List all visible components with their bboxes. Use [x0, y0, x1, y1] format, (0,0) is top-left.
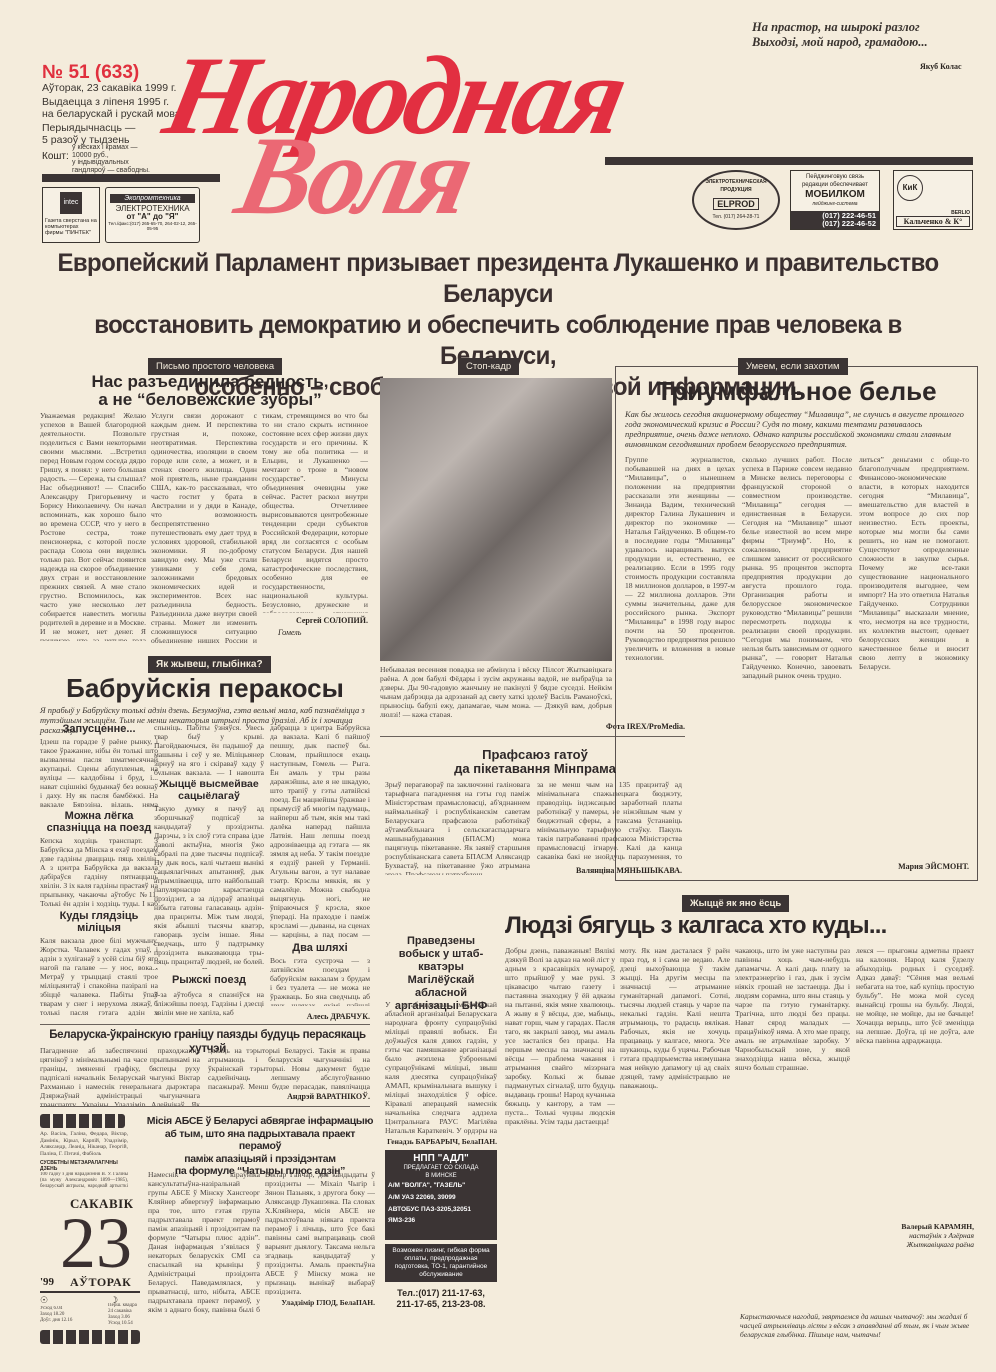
electro-brand: Экопромтехника: [110, 194, 195, 203]
elprod-ring-text: ЭЛЕКТРОТЕХНИЧЕСКАЯ ПРОДУКЦИЯ: [694, 178, 778, 194]
divider: [40, 1291, 140, 1293]
kolkhoz-column-1: Добры дзень, паважаныя! Вялікі дзякуй Во…: [505, 946, 615, 1306]
ad-adl[interactable]: НПП "АДЛ" ПРЕДЛАГАЕТ СО СКЛАДА В МИНСКЕ …: [385, 1150, 497, 1240]
adl-terms: Возможен лизинг, гибкая форма оплаты, пр…: [385, 1244, 497, 1282]
babruisk-text-3: Каля вакзала двое білі мужчыну. Жорстка.…: [40, 936, 158, 1016]
babruisk-subhead-2: Можна лёгка спазніцца на поезд: [40, 810, 158, 834]
osce-author: Уладзімір ГЛОД, БелаПАН.: [265, 1298, 375, 1307]
ad-elprod[interactable]: ЭЛЕКТРОТЕХНИЧЕСКАЯ ПРОДУКЦИЯ ELPROD Тел.…: [692, 170, 780, 230]
names-day-note: 100 гадоў з дня нараджэння В. У. Галіны …: [40, 1172, 128, 1190]
epigraph-author: Якуб Колас: [920, 62, 962, 71]
minprom-headline[interactable]: Прафсаюз гатоў да пікетавання Мінпрама: [385, 748, 685, 776]
rubric-lingerie: Умеем, если захотим: [738, 358, 848, 375]
osce-column-1: Намеснік кіраўніка кансультатыўна-назіра…: [148, 1170, 260, 1315]
kolkhoz-editor-note: Карыстаючыся нагодай, звяртаемся да нашы…: [740, 1312, 976, 1339]
letter-city: Гомель: [278, 628, 301, 637]
calendar-weekday: АЎТОРАК: [70, 1275, 131, 1290]
epigraph: На прастор, на шырокі разлог Выходзі, мо…: [752, 20, 928, 50]
border-author: Андрэй ВАРАТНІКОЎ.: [208, 1092, 370, 1101]
divider: [40, 1106, 370, 1107]
babruisk-subhead-4: Жыццё высмейвае сацыёлагаў: [154, 778, 264, 802]
lingerie-headline[interactable]: Триумфальное белье: [615, 376, 978, 406]
babruisk-text-5: З-за аўтобуса я спазніўся на бліжэйшы по…: [154, 990, 264, 1018]
babruisk-text-4: Такую думку я пачуў ад зборшчыкаў подпіс…: [154, 804, 264, 969]
electro-subtitle: от "А" до "Я": [106, 213, 199, 221]
babruisk-col2-top: спыніць. Пабіты ўзняўся. Увесь твар быў …: [154, 723, 264, 775]
kalchenko-brand: Кальченко & К°: [896, 216, 970, 227]
calendar-sun-times: Усход 6.04 Заход 18.20 Доўг. дня 12.16: [40, 1306, 90, 1324]
elprod-phone: Тел. (017) 264-28-71: [694, 213, 778, 221]
babruisk-text-1: Ідзеш па горадзе ў раёне рынку, і такое …: [40, 737, 158, 807]
babruisk-text-6: Вось гэта сустрэча — з латвійскім поезда…: [270, 956, 370, 1006]
intec-logo-icon: intec: [60, 192, 82, 214]
adl-phones: Тел.:(017) 211-17-63, 211-17-65, 213-23-…: [385, 1288, 497, 1310]
minprom-author: Валянціна МЯНЬШЫКАВА.: [537, 866, 682, 875]
kolkhoz-column-3: чакаюць, што ім уже наступны раз павінны…: [735, 946, 850, 1286]
rubric-photo: Стоп-кадр: [458, 358, 519, 375]
price-info: у кіёсках і крамах — 10000 руб., у індыв…: [72, 144, 150, 174]
issue-date: Аўторак, 23 сакавіка 1999 г.: [42, 82, 176, 94]
ad-mobilcom[interactable]: Пейджинговую связь редакции обеспечивает…: [790, 170, 880, 230]
rubric-babruisk: Як жывеш, глыбінка?: [148, 656, 271, 673]
masthead-rule-left: [42, 174, 220, 182]
intec-text: Газета сверстана на компьютерах фирмы "П…: [43, 218, 99, 236]
names-day-label: СУСВЕТНЫ МЕТЭАРАЛАГІЧНЫ ДЗЕНЬ: [40, 1160, 128, 1172]
sun-icon: ☉: [40, 1295, 48, 1306]
lingerie-column-3: литься” деньгами с обще-то благополучным…: [859, 455, 969, 860]
babruisk-text-2: Кепска ходзіць транспарт. З Бабруйска да…: [40, 836, 158, 908]
babruisk-subhead-1: Запусценне...: [40, 723, 158, 736]
rubric-kolkhoz: Жыццё як яно ёсць: [682, 895, 789, 912]
bnf-body: У штаб-кватэры магілёўскай абласной арга…: [385, 1000, 497, 1136]
divider: [40, 1024, 370, 1025]
letter-column-2: Услуги связи дорожают с каждым днем. И п…: [151, 411, 257, 643]
letter-column-3: тикам, стремящимся во что бы то ни стало…: [262, 411, 368, 613]
calendar-year: '99: [40, 1276, 54, 1288]
kolkhoz-column-4: лекся — прыгожы адметны праект на калонн…: [856, 946, 974, 1216]
border-column-1: Пагадненне аб забеспячэнні праходжання ц…: [40, 1046, 200, 1106]
photo-elderly-woman: [380, 378, 612, 661]
ad-electrotechnika[interactable]: Экопромтехника ЭЛЕКТРОТЕХНИКА от "А" до …: [105, 187, 200, 243]
letter-author: Сергей СОЛОПИЙ.: [262, 616, 368, 625]
newspaper-logo-line-2: Воля: [228, 120, 479, 232]
lingerie-author: Мария ЭЙСМОНТ.: [859, 862, 969, 871]
osce-column-2: Віктар Ганчар, два кандыдаты ў прэзідэнт…: [265, 1170, 375, 1295]
mobilcom-phones: (017) 222-46-51 (017) 222-46-52: [791, 211, 879, 229]
masthead-rule-right: [605, 157, 973, 165]
photo-caption: Небывалая весенняя повадка не абмінула і…: [380, 665, 612, 717]
letter-headline[interactable]: Нас разъединила бедность, а не “беловежс…: [60, 373, 360, 409]
names-day-list: Ар. Васіль, Галіна, Федара, Віктар, Дамі…: [40, 1131, 128, 1157]
calendar-day: 23: [60, 1213, 132, 1273]
letter-column-1: Уважаемая редакция! Желаю успехов в Ваше…: [40, 411, 146, 641]
bnf-author: Генадзь БАРБАРЫЧ, БелаПАН.: [385, 1137, 497, 1146]
babruisk-subhead-5: Рыжскі поезд: [154, 972, 264, 989]
babruisk-subhead-3: Куды глядзіць міліцыя: [40, 910, 158, 934]
minprom-column-2: за не менш чым на 135 працэнтаў ад мінім…: [537, 780, 682, 862]
ornament-border: [40, 1114, 125, 1128]
ornament-border: [40, 1330, 140, 1344]
elprod-brand: ELPROD: [713, 198, 759, 210]
border-column-2: цаваць на тэрыторыі Беларусі. Такія ж пр…: [208, 1046, 370, 1090]
published-since-line-1: Выдаецца з ліпеня 1995 г.: [42, 96, 169, 108]
osce-headline[interactable]: Місія АБСЕ ў Беларусі абвяргае інфармацы…: [145, 1115, 375, 1178]
kolkhoz-column-2: моту. Як нам дасталася ў раён праз год, …: [620, 946, 730, 1316]
babruisk-subhead-6: Два шляхі: [270, 940, 370, 957]
kolkhoz-author: Валерый КАРАМЯН, настаўнік з Азёрная Жыт…: [856, 1222, 974, 1249]
ad-kalchenko[interactable]: КиК BERLIO Кальченко & К°: [893, 170, 973, 230]
babruisk-author: Алесь ДРАБЧУК.: [270, 1012, 370, 1021]
calendar-moon-times: Перш. квадра 24 сакавіка Заход 3.06 Усхо…: [108, 1303, 148, 1327]
minprom-column-1: Зрыў перагавораў па заключэнні галіноваг…: [385, 780, 530, 875]
issue-number: № 51 (633): [42, 62, 139, 84]
kolkhoz-headline[interactable]: Людзі бягуць з калгаса хто куды...: [505, 912, 975, 940]
price-label: Кошт:: [42, 151, 69, 162]
kalchenko-logo-icon: КиК: [897, 175, 923, 201]
babruisk-col3-top: дабрацца з цэнтра Бабруйска да вакзала. …: [270, 723, 370, 938]
periodicity-line-1: Перыядычнасць —: [42, 122, 135, 134]
lingerie-column-2: сколько лучших работ. После успеха в Пар…: [742, 455, 852, 875]
lingerie-lead: Как бы жилось сегодня акционерному общес…: [625, 409, 970, 449]
mobilcom-brand: МОБИЛКОМ: [791, 189, 879, 200]
ad-intec[interactable]: intec Газета сверстана на компьютерах фи…: [42, 187, 100, 243]
electro-phones: Тел./факс:(017) 265-65-70, 264-02-12, 26…: [106, 221, 199, 231]
babruisk-headline[interactable]: Бабруйскія перакосы: [40, 673, 370, 703]
